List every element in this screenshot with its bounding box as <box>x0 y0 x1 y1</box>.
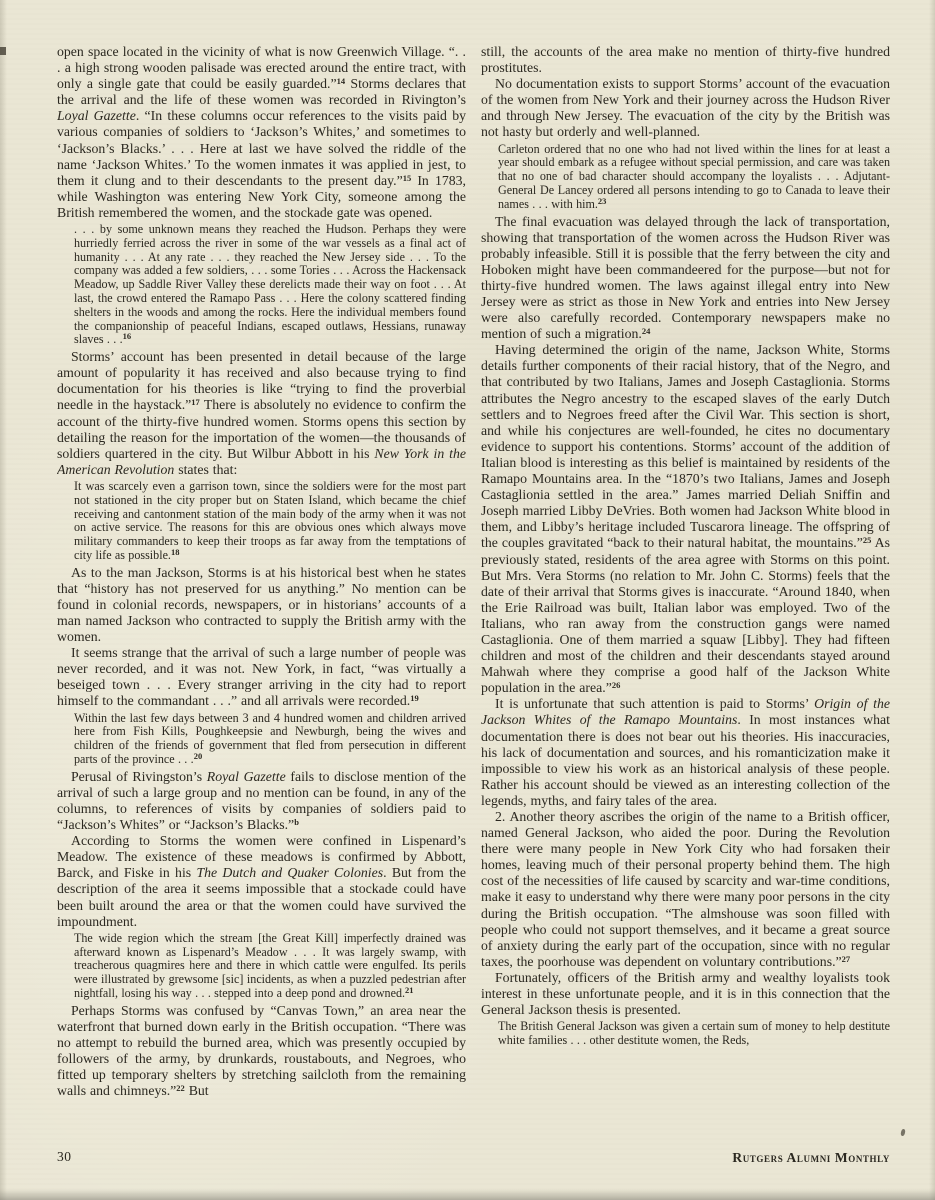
block-quote: The wide region which the stream [the Gr… <box>74 932 466 1001</box>
text-run: still, the accounts of the area make no … <box>481 44 890 75</box>
paragraph: As to the man Jackson, Storms is at his … <box>57 565 466 645</box>
text-run: states that: <box>174 462 237 477</box>
footnote-reference: 19 <box>410 693 419 703</box>
paragraph: Storms’ account has been presented in de… <box>57 349 466 478</box>
paragraph: Perusal of Rivingston’s Royal Gazette fa… <box>57 769 466 833</box>
paragraph: The final evacuation was delayed through… <box>481 214 890 343</box>
footnote-reference: 20 <box>194 751 203 761</box>
paragraph: still, the accounts of the area make no … <box>481 44 890 76</box>
scanned-journal-page: { "page": { "colors": { "paper": "#eae6d… <box>0 0 935 1200</box>
footnote-reference: 15 <box>403 173 412 183</box>
footnote-reference: 25 <box>863 535 872 545</box>
paragraph: Fortunately, officers of the British arm… <box>481 970 890 1018</box>
footnote-reference: 17 <box>191 397 200 407</box>
text-run: Perhaps Storms was confused by “Canvas T… <box>57 1003 466 1098</box>
scan-artifact-speck <box>0 47 6 55</box>
paragraph: It is unfortunate that such attention is… <box>481 696 890 809</box>
left-text-column: open space located in the vicinity of wh… <box>57 44 466 1099</box>
text-run: The British General Jackson was given a … <box>498 1019 890 1047</box>
scan-left-edge-shadow <box>0 0 7 1200</box>
text-run: No documentation exists to support Storm… <box>481 76 890 139</box>
block-quote: It was scarcely even a garrison town, si… <box>74 480 466 563</box>
scan-right-edge-shadow <box>929 0 935 1200</box>
page-footer: 30 Rutgers Alumni Monthly <box>57 1149 890 1169</box>
text-run: But <box>185 1083 209 1098</box>
footnote-reference: 24 <box>642 326 651 336</box>
italic-work-title: The Dutch and Quaker Colonies <box>196 865 383 880</box>
text-run: Carleton ordered that no one who had not… <box>498 142 890 211</box>
paragraph: Perhaps Storms was confused by “Canvas T… <box>57 1003 466 1100</box>
italic-work-title: Royal Gazette <box>207 769 286 784</box>
block-quote: Within the last few days between 3 and 4… <box>74 712 466 767</box>
text-run: . . . by some unknown means they reached… <box>74 222 466 346</box>
text-run: It is unfortunate that such attention is… <box>495 696 814 711</box>
scan-artifact-speck <box>900 1129 906 1137</box>
footnote-reference: 27 <box>842 954 851 964</box>
footnote-reference: 21 <box>405 985 414 995</box>
footnote-reference: b <box>294 817 299 827</box>
footnote-reference: 22 <box>176 1083 185 1093</box>
text-run: It was scarcely even a garrison town, si… <box>74 479 466 562</box>
text-run: As previously stated, residents of the a… <box>481 535 890 695</box>
text-run: Having determined the origin of the name… <box>481 342 890 550</box>
text-run: Perusal of Rivingston’s <box>71 769 207 784</box>
text-run: As to the man Jackson, Storms is at his … <box>57 565 466 644</box>
paragraph: According to Storms the women were confi… <box>57 833 466 930</box>
italic-work-title: Loyal Gazette <box>57 108 136 123</box>
footnote-reference: 16 <box>123 331 132 341</box>
block-quote: Carleton ordered that no one who had not… <box>498 143 890 212</box>
footnote-reference: 18 <box>171 547 180 557</box>
footnote-reference: 23 <box>598 196 607 206</box>
paragraph: It seems strange that the arrival of suc… <box>57 645 466 709</box>
block-quote: The British General Jackson was given a … <box>498 1020 890 1048</box>
paragraph: No documentation exists to support Storm… <box>481 76 890 140</box>
paragraph: Having determined the origin of the name… <box>481 342 890 696</box>
journal-name: Rutgers Alumni Monthly <box>732 1150 890 1166</box>
text-run: 2. Another theory ascribes the origin of… <box>481 809 890 969</box>
block-quote: . . . by some unknown means they reached… <box>74 223 466 347</box>
text-run: Fortunately, officers of the British arm… <box>481 970 890 1017</box>
right-text-column: still, the accounts of the area make no … <box>481 44 890 1050</box>
footnote-reference: 14 <box>337 76 346 86</box>
footnote-reference: 26 <box>612 680 621 690</box>
paragraph: 2. Another theory ascribes the origin of… <box>481 809 890 970</box>
text-run: The final evacuation was delayed through… <box>481 214 890 342</box>
text-run: It seems strange that the arrival of suc… <box>57 645 466 708</box>
page-number: 30 <box>57 1149 72 1165</box>
text-run: Within the last few days between 3 and 4… <box>74 711 466 766</box>
paragraph: open space located in the vicinity of wh… <box>57 44 466 221</box>
scan-bottom-edge-shadow <box>0 1189 935 1200</box>
